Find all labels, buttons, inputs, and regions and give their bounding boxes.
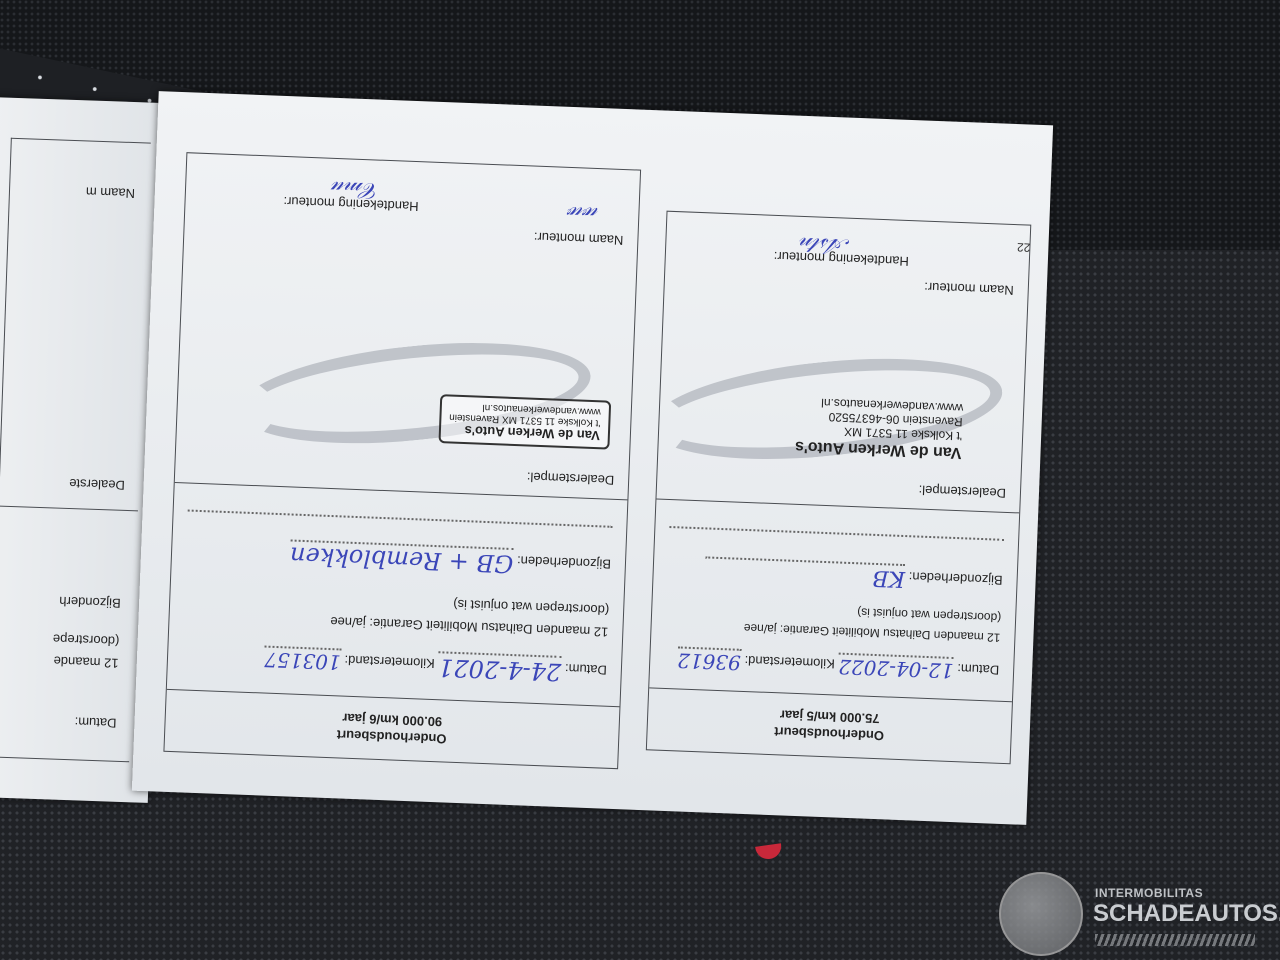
dealer-stamp-printed: Van de Werken Auto's 't Kolkske 11 5371 …	[795, 395, 964, 461]
left-page-box: Datum: 12 maande (doorstrepe Bijzonderh …	[0, 138, 151, 763]
particulars-value: KB	[705, 556, 906, 591]
left-label-particulars: Bijzonderh	[9, 592, 120, 611]
schadeautos-watermark: INTERMOBILITAS SCHADEAUTOS.NL	[995, 868, 1275, 956]
watermark-tread-bars	[1095, 934, 1255, 946]
date-value: 24-4-2021	[438, 651, 562, 686]
mechanic-signature: 𝒞𝓂𝓊	[332, 176, 380, 203]
date-label: Datum:	[957, 661, 999, 678]
left-label-stamp: Dealerste	[14, 474, 125, 493]
entry-header: Onderhoudsbeurt 75.000 km/5 jaar	[647, 687, 1012, 763]
watermark-small-text: INTERMOBILITAS	[1095, 886, 1203, 900]
left-label-date: Datum:	[5, 712, 116, 731]
blank-line	[187, 509, 612, 531]
entry-header: Onderhoudsbeurt 90.000 km/6 jaar	[164, 689, 619, 768]
left-label-mechanic: Naam m	[24, 182, 135, 201]
stamp-label: Dealerstempel:	[189, 457, 614, 488]
particulars-row: Bijzonderheden: GB + Remblokken	[186, 535, 612, 581]
km-value: 93612	[677, 646, 742, 674]
km-value: 103157	[264, 646, 341, 675]
globe-icon	[999, 872, 1083, 956]
watermark-brand: SCHADEAUTOS.NL	[1093, 900, 1280, 928]
left-label-note: (doorstrepe	[8, 630, 119, 649]
mechanic-name-label: Naam monteur:	[198, 217, 623, 248]
km-label: Kilometerstand:	[744, 653, 835, 671]
particulars-value: GB + Remblokken	[289, 539, 513, 578]
particulars-label: Bijzonderheden:	[908, 569, 1002, 588]
date-row: Datum: 24-4-2021 Kilometerstand: 103157	[182, 641, 608, 687]
mechanic-signature-label: Handtekening monteur:	[199, 191, 418, 214]
particulars-row: Bijzonderheden: KB	[667, 555, 1003, 595]
mechanic-signature-label: Handtekening monteur:	[680, 245, 909, 269]
mechanic-name-label: Naam monteur:	[679, 270, 1014, 298]
km-label: Kilometerstand:	[344, 653, 435, 671]
booklet-page: 22 Onderhoudsbeurt 75.000 km/5 jaar Datu…	[132, 91, 1053, 825]
date-row: Datum: 12-04-2022 Kilometerstand: 93612	[664, 646, 1000, 685]
date-value: 12-04-2022	[838, 653, 954, 683]
mechanic-name-scribble: 𝓌𝓌	[567, 201, 598, 227]
stamp-label: Dealerstempel:	[671, 473, 1006, 501]
date-label: Datum:	[565, 661, 607, 678]
dealer-stamp: Van de Werken Auto's 't Kolkske 11 5371 …	[438, 394, 611, 450]
mechanic-signature: 𝒜𝓈𝓉𝓃	[799, 232, 850, 259]
service-entry-90000: Onderhoudsbeurt 90.000 km/6 jaar Datum: …	[163, 152, 641, 769]
service-entry-75000: Onderhoudsbeurt 75.000 km/5 jaar Datum: …	[646, 211, 1031, 765]
blank-line	[669, 526, 1004, 545]
left-label-warranty: 12 maande	[7, 652, 118, 671]
particulars-label: Bijzonderheden:	[517, 553, 611, 572]
